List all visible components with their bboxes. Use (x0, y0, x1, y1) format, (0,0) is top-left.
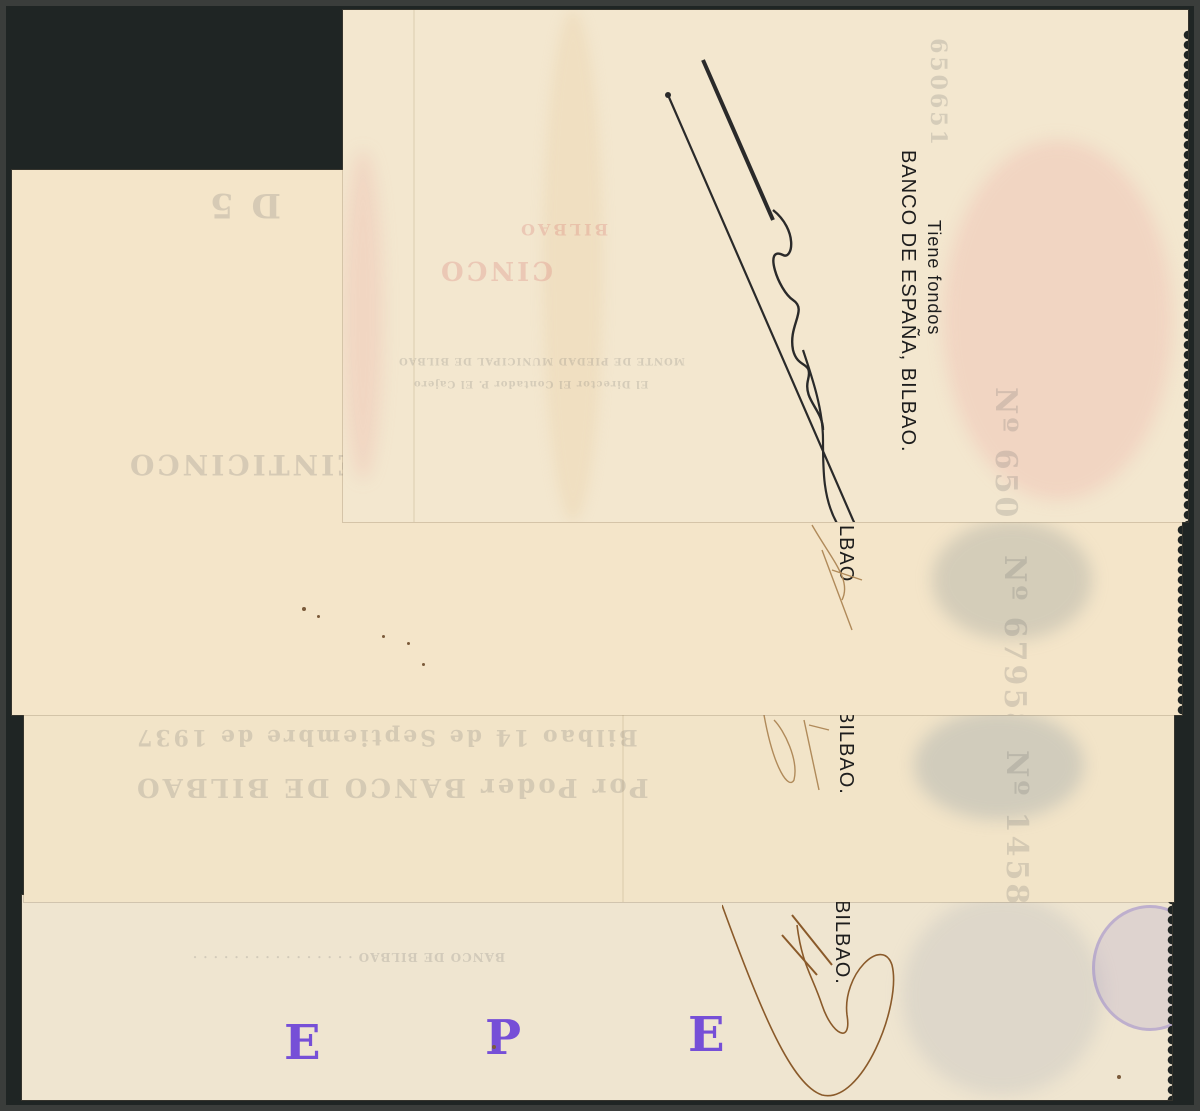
check-1-ghost-serial: Nº 650651 (988, 387, 1023, 522)
check-1-stamp-line1: Tiene fondos (923, 220, 944, 335)
check-1-stamp-line2: BANCO DE ESPAÑA, BILBAO. (896, 150, 919, 453)
check-4: BANCO DE BILBAO · · · · · · · · · · · · … (22, 895, 1172, 1100)
check-1: 650651 BILBAO CINCO MONTE DE PIEDAD MUNI… (343, 10, 1188, 522)
check-2-ghost-serial: Nº 679580 (997, 555, 1032, 715)
check-4-ghost-footer: BANCO DE BILBAO · · · · · · · · · · · · … (192, 950, 505, 964)
check-3: Bilbao 14 de Septiembre de 1937 Por Pode… (24, 710, 1174, 902)
check-3-signature (754, 710, 874, 800)
check-1-ghost-serial-top: 650651 (925, 38, 951, 148)
perforated-letter-e1: E (284, 1015, 321, 1071)
perforated-letter-p: P (485, 1010, 521, 1066)
check-1-perforated-edge (1178, 30, 1188, 522)
check-3-ghost-line1: Bilbao 14 de Septiembre de 1937 (134, 724, 638, 750)
perforated-letter-e2: E (688, 1007, 725, 1063)
check-1-signature (523, 50, 863, 522)
check-2-perforated-edge (1172, 525, 1182, 715)
check-3-ghost-line2: Por Poder BANCO DE BILBAO (134, 772, 649, 802)
check-2-ghost-letter: D 5 (207, 185, 281, 225)
check-3-ghost-serial: Nº 145839 (999, 750, 1034, 902)
check-4-signature (722, 895, 982, 1100)
check-4-perforated-edge (1162, 895, 1172, 1100)
check-2-signature (792, 520, 892, 660)
